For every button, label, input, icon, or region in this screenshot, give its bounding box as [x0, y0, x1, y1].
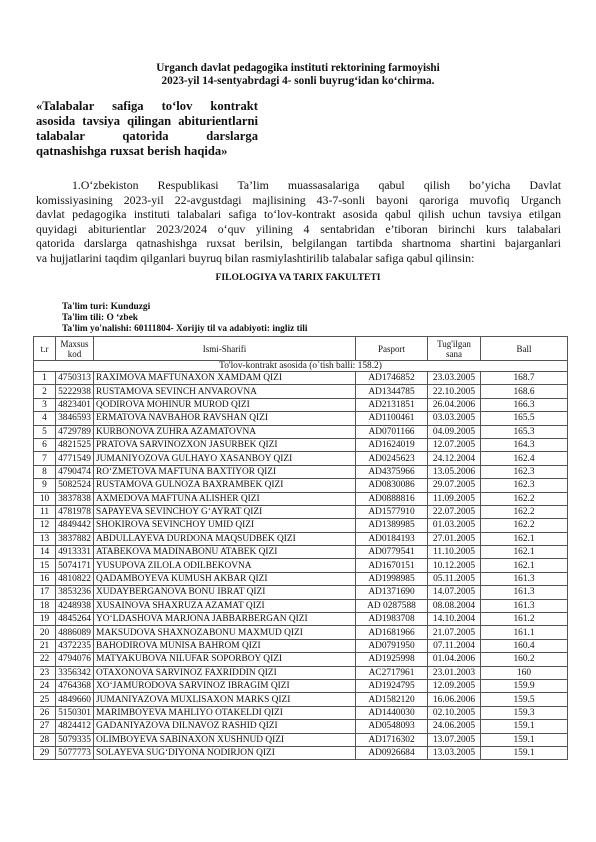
- row-name: KURBONOVA ZUHRA AZAMATOVNA: [94, 425, 356, 438]
- table-row: 54729789KURBONOVA ZUHRA AZAMATOVNAAD0701…: [34, 425, 568, 438]
- table-row: 114781978SAPAYEVA SEVINCHOY G‘AYRAT QIZI…: [34, 505, 568, 518]
- row-score: 162.4: [481, 452, 568, 465]
- row-name: XO‘JAMURODOVA SARVINOZ IBRAGIM QIZI: [94, 679, 356, 692]
- row-name: JUMANIYAZOVA MUXLISAXON MARKS QIZI: [94, 693, 356, 706]
- table-section-row: To'lov-kontrakt asosida (o`tish balli: 1…: [34, 361, 568, 372]
- row-name: QADAMBOYEVA KUMUSH AKBAR QIZI: [94, 572, 356, 585]
- row-code: 5082524: [56, 479, 94, 492]
- row-number: 11: [34, 505, 56, 518]
- row-passport: AD 0287588: [356, 599, 428, 612]
- table-row: 194845264YO‘LDASHOVA MARJONA JABBARBERGA…: [34, 613, 568, 626]
- row-score: 159.1: [481, 720, 568, 733]
- order-header-line-2: 2023-yil 14-sentyabrdagi 4- sonli buyrug…: [0, 75, 596, 88]
- row-number: 17: [34, 586, 56, 599]
- table-row: 265150301MARIMBOYEVA MAHLIYO OTAKELDI QI…: [34, 706, 568, 719]
- body-line: davlat pedagogika instituti talabalari s…: [36, 207, 561, 222]
- row-number: 14: [34, 546, 56, 559]
- row-name: GADANIYAZOVA DILNAVOZ RASHID QIZI: [94, 720, 356, 733]
- row-code: 4750313: [56, 372, 94, 385]
- row-code: 4764368: [56, 679, 94, 692]
- row-score: 160.2: [481, 653, 568, 666]
- row-number: 23: [34, 666, 56, 679]
- row-score: 162.3: [481, 465, 568, 478]
- row-passport: AD1681966: [356, 626, 428, 639]
- row-name: AXMEDOVA MAFTUNA ALISHER QIZI: [94, 492, 356, 505]
- row-passport: AD1716302: [356, 733, 428, 746]
- row-code: 4823401: [56, 398, 94, 411]
- row-number: 10: [34, 492, 56, 505]
- row-name: XUSAINOVA SHAXRUZA AZAMAT QIZI: [94, 599, 356, 612]
- row-birthdate: 23.01.2003: [428, 666, 481, 679]
- table-row: 25222938RUSTAMOVA SEVINCH ANVAROVNAAD134…: [34, 385, 568, 398]
- row-score: 161.3: [481, 572, 568, 585]
- row-code: 4771549: [56, 452, 94, 465]
- table-row: 155074171YUSUPOVA ZILOLA ODILBEKOVNAAD16…: [34, 559, 568, 572]
- row-code: 4821525: [56, 438, 94, 451]
- row-passport: AD2131851: [356, 398, 428, 411]
- row-birthdate: 02.10.2005: [428, 706, 481, 719]
- row-score: 162.1: [481, 559, 568, 572]
- subject-line: asosida tavsiya qilingan abiturientlarni: [36, 114, 258, 129]
- row-score: 168.6: [481, 385, 568, 398]
- row-score: 162.2: [481, 519, 568, 532]
- row-score: 165.5: [481, 412, 568, 425]
- body-line: quyidagi abiturientlar 2023/2024 o‘quv y…: [36, 222, 561, 237]
- row-birthdate: 16.06.2006: [428, 693, 481, 706]
- row-number: 16: [34, 572, 56, 585]
- table-row: 173853236XUDAYBERGANOVA BONU IBRAT QIZIA…: [34, 586, 568, 599]
- row-code: 4790474: [56, 465, 94, 478]
- row-passport: AD1344785: [356, 385, 428, 398]
- row-name: ATABEKOVA MADINABONU ATABEK QIZI: [94, 546, 356, 559]
- row-name: SOLAYEVA SUG‘DIYONA NODIRJON QIZI: [94, 746, 356, 759]
- row-code: 4913331: [56, 546, 94, 559]
- table-row: 204886089MAKSUDOVA SHAXNOZABONU MAXMUD Q…: [34, 626, 568, 639]
- body-line: 1.O‘zbekiston Respublikasi Ta’lim muassa…: [36, 178, 561, 193]
- row-code: 5222938: [56, 385, 94, 398]
- row-birthdate: 21.07.2005: [428, 626, 481, 639]
- row-birthdate: 03.03.2005: [428, 412, 481, 425]
- row-birthdate: 14.07.2005: [428, 586, 481, 599]
- row-score: 160.4: [481, 639, 568, 652]
- row-number: 7: [34, 452, 56, 465]
- row-code: 4824412: [56, 720, 94, 733]
- table-row: 103837838AXMEDOVA MAFTUNA ALISHER QIZIAD…: [34, 492, 568, 505]
- row-score: 162.1: [481, 532, 568, 545]
- row-number: 5: [34, 425, 56, 438]
- row-score: 161.3: [481, 599, 568, 612]
- table-row: 233356342OTAXONOVA SARVINOZ FAXRIDDIN QI…: [34, 666, 568, 679]
- row-number: 9: [34, 479, 56, 492]
- row-name: RAXIMOVA MAFTUNAXON XAMDAM QIZI: [94, 372, 356, 385]
- row-birthdate: 11.09.2005: [428, 492, 481, 505]
- table-row: 43846593ERMATOVA NAVBAHOR RAVSHAN QIZIAD…: [34, 412, 568, 425]
- row-score: 161.3: [481, 586, 568, 599]
- row-number: 27: [34, 720, 56, 733]
- row-name: MATYAKUBOVA NILUFAR SOPORBOY QIZI: [94, 653, 356, 666]
- row-birthdate: 24.06.2005: [428, 720, 481, 733]
- row-birthdate: 07.11.2004: [428, 639, 481, 652]
- row-code: 4845264: [56, 613, 94, 626]
- row-birthdate: 29.07.2005: [428, 479, 481, 492]
- row-passport: AD1924795: [356, 679, 428, 692]
- row-score: 166.3: [481, 398, 568, 411]
- row-birthdate: 22.07.2005: [428, 505, 481, 518]
- table-row: 144913331ATABEKOVA MADINABONU ATABEK QIZ…: [34, 546, 568, 559]
- row-code: 4886089: [56, 626, 94, 639]
- col-header-number: t.r: [34, 337, 56, 361]
- row-code: 4810822: [56, 572, 94, 585]
- row-birthdate: 24.12.2004: [428, 452, 481, 465]
- subject-line: talabalar qatorida darslarga: [36, 129, 258, 144]
- row-code: 4781978: [56, 505, 94, 518]
- row-number: 15: [34, 559, 56, 572]
- row-name: YUSUPOVA ZILOLA ODILBEKOVNA: [94, 559, 356, 572]
- row-birthdate: 14.10.2004: [428, 613, 481, 626]
- row-number: 26: [34, 706, 56, 719]
- subject-line: qatnashishga ruxsat berish haqida»: [36, 144, 258, 159]
- row-passport: AD0184193: [356, 532, 428, 545]
- table-row: 285079335OLIMBOYEVA SABINAXON XUSHNUD QI…: [34, 733, 568, 746]
- row-passport: AD1440030: [356, 706, 428, 719]
- row-name: ERMATOVA NAVBAHOR RAVSHAN QIZI: [94, 412, 356, 425]
- table-row: 95082524RUSTAMOVA GULNOZA BAXRAMBEK QIZI…: [34, 479, 568, 492]
- row-number: 1: [34, 372, 56, 385]
- row-number: 4: [34, 412, 56, 425]
- table-row: 74771549JUMANIYOZOVA GULHAYO XASANBOY QI…: [34, 452, 568, 465]
- row-passport: AD1371690: [356, 586, 428, 599]
- row-code: 3837838: [56, 492, 94, 505]
- row-birthdate: 13.03.2005: [428, 746, 481, 759]
- row-birthdate: 13.07.2005: [428, 733, 481, 746]
- row-code: 5079335: [56, 733, 94, 746]
- row-name: SAPAYEVA SEVINCHOY G‘AYRAT QIZI: [94, 505, 356, 518]
- row-name: OTAXONOVA SARVINOZ FAXRIDDIN QIZI: [94, 666, 356, 679]
- col-header-name: Ismi-Sharifi: [94, 337, 356, 361]
- row-code: 5077773: [56, 746, 94, 759]
- row-score: 160: [481, 666, 568, 679]
- faculty-title: FILOLOGIYA VA TARIX FAKULTETI: [0, 272, 596, 283]
- students-table: t.r Maxsus kod Ismi-Sharifi Pasport Tug'…: [33, 336, 568, 760]
- row-passport: AD0548093: [356, 720, 428, 733]
- row-name: MAKSUDOVA SHAXNOZABONU MAXMUD QIZI: [94, 626, 356, 639]
- row-score: 162.3: [481, 479, 568, 492]
- row-score: 162.2: [481, 492, 568, 505]
- table-row: 133837882ABDULLAYEVA DURDONA MAQSUDBEK Q…: [34, 532, 568, 545]
- row-score: 159.1: [481, 746, 568, 759]
- row-birthdate: 26.04.2006: [428, 398, 481, 411]
- row-name: PRATOVA SARVINOZXON JASURBEK QIZI: [94, 438, 356, 451]
- row-passport: AD0779541: [356, 546, 428, 559]
- row-name: SHOKIROVA SEVINCHOY UMID QIZI: [94, 519, 356, 532]
- row-code: 3853236: [56, 586, 94, 599]
- row-code: 3846593: [56, 412, 94, 425]
- table-row: 14750313RAXIMOVA MAFTUNAXON XAMDAM QIZIA…: [34, 372, 568, 385]
- row-passport: AD1624019: [356, 438, 428, 451]
- subject-line: «Talabalar safiga to‘lov kontrakt: [36, 99, 258, 114]
- row-name: YO‘LDASHOVA MARJONA JABBARBERGAN QIZI: [94, 613, 356, 626]
- row-number: 19: [34, 613, 56, 626]
- row-score: 162.1: [481, 546, 568, 559]
- row-birthdate: 13.05.2006: [428, 465, 481, 478]
- table-row: 214372235BAHODIROVA MUNISA BAHROM QIZIAD…: [34, 639, 568, 652]
- row-score: 159.1: [481, 733, 568, 746]
- table-row: 184248938XUSAINOVA SHAXRUZA AZAMAT QIZIA…: [34, 599, 568, 612]
- table-row: 164810822QADAMBOYEVA KUMUSH AKBAR QIZIAD…: [34, 572, 568, 585]
- row-code: 4248938: [56, 599, 94, 612]
- row-birthdate: 01.04.2006: [428, 653, 481, 666]
- row-name: XUDAYBERGANOVA BONU IBRAT QIZI: [94, 586, 356, 599]
- row-code: 4849660: [56, 693, 94, 706]
- row-code: 4794076: [56, 653, 94, 666]
- order-subject: «Talabalar safiga to‘lov kontrakt asosid…: [36, 99, 258, 159]
- order-body-paragraph: 1.O‘zbekiston Respublikasi Ta’lim muassa…: [36, 178, 561, 266]
- study-direction: Ta'lim yo'nalishi: 60111804- Xorijiy til…: [62, 324, 308, 335]
- row-birthdate: 01.03.2005: [428, 519, 481, 532]
- row-code: 5150301: [56, 706, 94, 719]
- row-number: 18: [34, 599, 56, 612]
- row-number: 22: [34, 653, 56, 666]
- row-code: 5074171: [56, 559, 94, 572]
- row-code: 3837882: [56, 532, 94, 545]
- row-passport: AD1746852: [356, 372, 428, 385]
- row-number: 20: [34, 626, 56, 639]
- row-number: 21: [34, 639, 56, 652]
- row-number: 12: [34, 519, 56, 532]
- table-row: 84790474RO‘ZMETOVA MAFTUNA BAXTIYOR QIZI…: [34, 465, 568, 478]
- row-birthdate: 12.07.2005: [428, 438, 481, 451]
- row-number: 2: [34, 385, 56, 398]
- study-language: Ta'lim tili: O ‘zbek: [62, 313, 138, 324]
- row-number: 28: [34, 733, 56, 746]
- row-passport: AD1100461: [356, 412, 428, 425]
- body-line: komissiyasining 2023-yil 22-avgustdagi m…: [36, 193, 561, 208]
- row-passport: AD0245623: [356, 452, 428, 465]
- study-form: Ta'lim turi: Kunduzgi: [62, 302, 150, 313]
- row-passport: AD0888816: [356, 492, 428, 505]
- row-birthdate: 05.11.2005: [428, 572, 481, 585]
- table-header-row: t.r Maxsus kod Ismi-Sharifi Pasport Tug'…: [34, 337, 568, 361]
- row-number: 3: [34, 398, 56, 411]
- col-header-passport: Pasport: [356, 337, 428, 361]
- row-name: OLIMBOYEVA SABINAXON XUSHNUD QIZI: [94, 733, 356, 746]
- row-number: 25: [34, 693, 56, 706]
- col-header-score: Ball: [481, 337, 568, 361]
- row-number: 13: [34, 532, 56, 545]
- row-score: 168.7: [481, 372, 568, 385]
- row-birthdate: 11.10.2005: [428, 546, 481, 559]
- row-score: 165.3: [481, 425, 568, 438]
- row-passport: AD1582120: [356, 693, 428, 706]
- row-score: 159.9: [481, 679, 568, 692]
- row-score: 161.2: [481, 613, 568, 626]
- row-birthdate: 27.01.2005: [428, 532, 481, 545]
- table-row: 295077773SOLAYEVA SUG‘DIYONA NODIRJON QI…: [34, 746, 568, 759]
- row-number: 29: [34, 746, 56, 759]
- row-passport: AD1998985: [356, 572, 428, 585]
- row-score: 161.1: [481, 626, 568, 639]
- table-row: 254849660JUMANIYAZOVA MUXLISAXON MARKS Q…: [34, 693, 568, 706]
- row-name: QODIROVA MOHINUR MUROD QIZI: [94, 398, 356, 411]
- row-number: 6: [34, 438, 56, 451]
- row-code: 3356342: [56, 666, 94, 679]
- row-passport: AD0791950: [356, 639, 428, 652]
- row-name: MARIMBOYEVA MAHLIYO OTAKELDI QIZI: [94, 706, 356, 719]
- row-passport: AD0701166: [356, 425, 428, 438]
- row-birthdate: 04.09.2005: [428, 425, 481, 438]
- row-passport: AD0926684: [356, 746, 428, 759]
- row-code: 4849442: [56, 519, 94, 532]
- table-row: 64821525PRATOVA SARVINOZXON JASURBEK QIZ…: [34, 438, 568, 451]
- row-passport: AD4375966: [356, 465, 428, 478]
- row-number: 24: [34, 679, 56, 692]
- row-code: 4372235: [56, 639, 94, 652]
- row-score: 164.3: [481, 438, 568, 451]
- table-row: 124849442SHOKIROVA SEVINCHOY UMID QIZIAD…: [34, 519, 568, 532]
- row-passport: AD1577910: [356, 505, 428, 518]
- table-row: 244764368XO‘JAMURODOVA SARVINOZ IBRAGIM …: [34, 679, 568, 692]
- row-number: 8: [34, 465, 56, 478]
- row-passport: AD1389985: [356, 519, 428, 532]
- row-passport: AD0830086: [356, 479, 428, 492]
- table-row: 34823401QODIROVA MOHINUR MUROD QIZIAD213…: [34, 398, 568, 411]
- row-birthdate: 23.03.2005: [428, 372, 481, 385]
- row-passport: AD1670151: [356, 559, 428, 572]
- row-name: RUSTAMOVA SEVINCH ANVAROVNA: [94, 385, 356, 398]
- row-passport: AD1983708: [356, 613, 428, 626]
- row-birthdate: 08.08.2004: [428, 599, 481, 612]
- row-birthdate: 12.09.2005: [428, 679, 481, 692]
- section-label: To'lov-kontrakt asosida (o`tish balli: 1…: [34, 361, 568, 372]
- col-header-code: Maxsus kod: [56, 337, 94, 361]
- row-birthdate: 22.10.2005: [428, 385, 481, 398]
- col-header-birthdate: Tug'ilgan sana: [428, 337, 481, 361]
- row-passport: AC2717961: [356, 666, 428, 679]
- table-row: 274824412GADANIYAZOVA DILNAVOZ RASHID QI…: [34, 720, 568, 733]
- row-score: 159.3: [481, 706, 568, 719]
- body-line: va hujjatlarini taqdim qilganlari buyruq…: [36, 251, 561, 266]
- row-name: ABDULLAYEVA DURDONA MAQSUDBEK QIZI: [94, 532, 356, 545]
- row-name: BAHODIROVA MUNISA BAHROM QIZI: [94, 639, 356, 652]
- row-score: 159.5: [481, 693, 568, 706]
- body-line: qatorida darslarga qatnashishga ruxsat b…: [36, 236, 561, 251]
- order-header-line-1: Urganch davlat pedagogika instituti rekt…: [0, 62, 596, 75]
- row-name: RO‘ZMETOVA MAFTUNA BAXTIYOR QIZI: [94, 465, 356, 478]
- row-name: RUSTAMOVA GULNOZA BAXRAMBEK QIZI: [94, 479, 356, 492]
- row-name: JUMANIYOZOVA GULHAYO XASANBOY QIZI: [94, 452, 356, 465]
- row-passport: AD1925998: [356, 653, 428, 666]
- row-score: 162.2: [481, 505, 568, 518]
- row-birthdate: 10.12.2005: [428, 559, 481, 572]
- row-code: 4729789: [56, 425, 94, 438]
- table-row: 224794076MATYAKUBOVA NILUFAR SOPORBOY QI…: [34, 653, 568, 666]
